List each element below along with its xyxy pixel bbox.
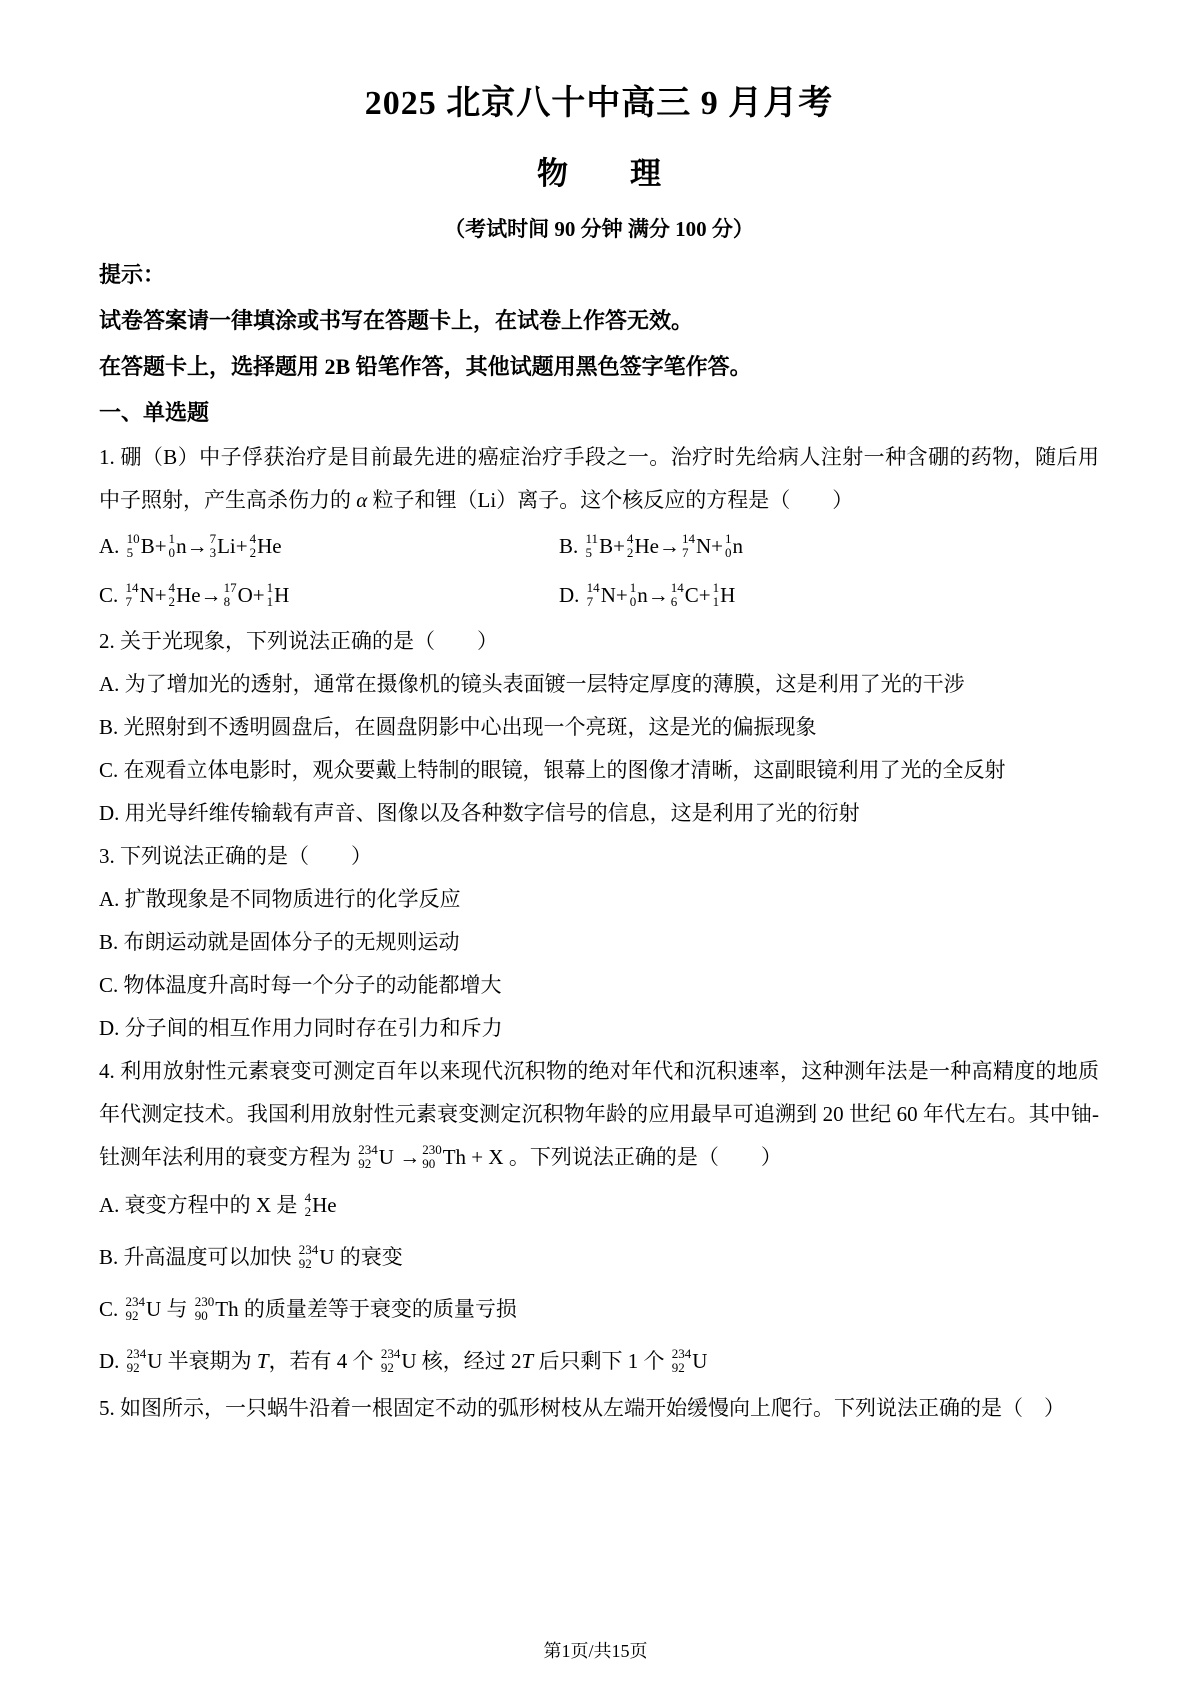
question-2-option-d: D. 用光导纤维传输载有声音、图像以及各种数字信号的信息，这是利用了光的衍射 bbox=[99, 792, 1099, 835]
section-title: 一、单选题 bbox=[99, 390, 1099, 436]
nuclide-scripts: 42 bbox=[305, 1191, 312, 1220]
notice-label: 提示： bbox=[99, 252, 1099, 298]
question-1-options: A. 105B+10n→73Li+42He B. 115B+42He→147N+… bbox=[99, 522, 1099, 620]
question-4-option-c: C. 23492U 与 23090Th 的质量差等于衰变的质量亏损 bbox=[99, 1283, 1099, 1335]
nuclide-scripts: 23492 bbox=[672, 1347, 692, 1376]
question-2-option-b: B. 光照射到不透明圆盘后，在圆盘阴影中心出现一个亮斑，这是光的偏振现象 bbox=[99, 706, 1099, 749]
question-2-option-c: C. 在观看立体电影时，观众要戴上特制的眼镜，银幕上的图像才清晰，这副眼镜利用了… bbox=[99, 749, 1099, 792]
question-5-stem: 5. 如图所示，一只蜗牛沿着一根固定不动的弧形树枝从左端开始缓慢向上爬行。下列说… bbox=[99, 1387, 1099, 1430]
question-2-option-a: A. 为了增加光的透射，通常在摄像机的镜头表面镀一层特定厚度的薄膜，这是利用了光… bbox=[99, 663, 1099, 706]
question-1-option-d: D. 147N+10n→146C+11H bbox=[559, 571, 1099, 620]
nuclide-scripts: 10 bbox=[725, 532, 732, 561]
nuclide-scripts: 147 bbox=[126, 581, 139, 610]
page-footer: 第1页/共15页 bbox=[0, 1640, 1191, 1662]
page-title: 2025 北京八十中高三 9 月月考 bbox=[99, 82, 1099, 126]
nuclide-scripts: 23492 bbox=[381, 1347, 401, 1376]
nuclide-scripts: 42 bbox=[250, 532, 257, 561]
subject-title: 物 理 bbox=[99, 154, 1099, 194]
question-4-option-b: B. 升高温度可以加快 23492U 的衰变 bbox=[99, 1231, 1099, 1283]
nuclide-scripts: 11 bbox=[267, 581, 274, 610]
question-1: 1. 硼（B）中子俘获治疗是目前最先进的癌症治疗手段之一。治疗时先给病人注射一种… bbox=[99, 436, 1099, 620]
nuclide-scripts: 23492 bbox=[127, 1347, 147, 1376]
question-3-option-c: C. 物体温度升高时每一个分子的动能都增大 bbox=[99, 964, 1099, 1007]
nuclide-scripts: 42 bbox=[169, 581, 176, 610]
nuclide-scripts: 23090 bbox=[195, 1295, 215, 1324]
question-3-option-b: B. 布朗运动就是固体分子的无规则运动 bbox=[99, 921, 1099, 964]
exam-paper-page: 2025 北京八十中高三 9 月月考 物 理 （考试时间 90 分钟 满分 10… bbox=[0, 0, 1191, 1684]
notice-line-1: 试卷答案请一律填涂或书写在答题卡上，在试卷上作答无效。 bbox=[99, 298, 1099, 344]
nuclide-scripts: 23492 bbox=[358, 1143, 378, 1172]
nuclide-scripts: 178 bbox=[224, 581, 237, 610]
question-3: 3. 下列说法正确的是（ ） A. 扩散现象是不同物质进行的化学反应 B. 布朗… bbox=[99, 835, 1099, 1050]
question-4-stem: 4. 利用放射性元素衰变可测定百年以来现代沉积物的绝对年代和沉积速率，这种测年法… bbox=[99, 1050, 1099, 1179]
nuclide-scripts: 147 bbox=[587, 581, 600, 610]
question-4-option-d: D. 23492U 半衰期为 T，若有 4 个 23492U 核，经过 2T 后… bbox=[99, 1335, 1099, 1387]
question-4-option-a: A. 衰变方程中的 X 是 42He bbox=[99, 1179, 1099, 1231]
exam-info: （考试时间 90 分钟 满分 100 分） bbox=[99, 214, 1099, 244]
question-2: 2. 关于光现象，下列说法正确的是（ ） A. 为了增加光的透射，通常在摄像机的… bbox=[99, 620, 1099, 835]
question-3-option-d: D. 分子间的相互作用力同时存在引力和斥力 bbox=[99, 1007, 1099, 1050]
question-3-stem: 3. 下列说法正确的是（ ） bbox=[99, 835, 1099, 878]
question-4: 4. 利用放射性元素衰变可测定百年以来现代沉积物的绝对年代和沉积速率，这种测年法… bbox=[99, 1050, 1099, 1387]
question-1-option-c: C. 147N+42He→178O+11H bbox=[99, 571, 559, 620]
nuclide-scripts: 73 bbox=[210, 532, 217, 561]
question-1-stem: 1. 硼（B）中子俘获治疗是目前最先进的癌症治疗手段之一。治疗时先给病人注射一种… bbox=[99, 436, 1099, 522]
question-5: 5. 如图所示，一只蜗牛沿着一根固定不动的弧形树枝从左端开始缓慢向上爬行。下列说… bbox=[99, 1387, 1099, 1430]
nuclide-scripts: 42 bbox=[627, 532, 634, 561]
page-content: 2025 北京八十中高三 9 月月考 物 理 （考试时间 90 分钟 满分 10… bbox=[99, 70, 1099, 1430]
notice-line-2: 在答题卡上，选择题用 2B 铅笔作答，其他试题用黑色签字笔作答。 bbox=[99, 344, 1099, 390]
question-3-option-a: A. 扩散现象是不同物质进行的化学反应 bbox=[99, 878, 1099, 921]
question-1-option-b: B. 115B+42He→147N+10n bbox=[559, 522, 1099, 571]
nuclide-scripts: 115 bbox=[586, 532, 599, 561]
nuclide-scripts: 10 bbox=[630, 581, 637, 610]
question-1-option-a: A. 105B+10n→73Li+42He bbox=[99, 522, 559, 571]
question-2-stem: 2. 关于光现象，下列说法正确的是（ ） bbox=[99, 620, 1099, 663]
nuclide-scripts: 11 bbox=[713, 581, 720, 610]
nuclide-scripts: 147 bbox=[682, 532, 695, 561]
nuclide-scripts: 23492 bbox=[299, 1243, 319, 1272]
nuclide-scripts: 23090 bbox=[422, 1143, 442, 1172]
nuclide-scripts: 146 bbox=[671, 581, 684, 610]
notice-block: 提示： 试卷答案请一律填涂或书写在答题卡上，在试卷上作答无效。 在答题卡上，选择… bbox=[99, 252, 1099, 390]
nuclide-scripts: 10 bbox=[169, 532, 176, 561]
nuclide-scripts: 105 bbox=[127, 532, 140, 561]
nuclide-scripts: 23492 bbox=[126, 1295, 146, 1324]
